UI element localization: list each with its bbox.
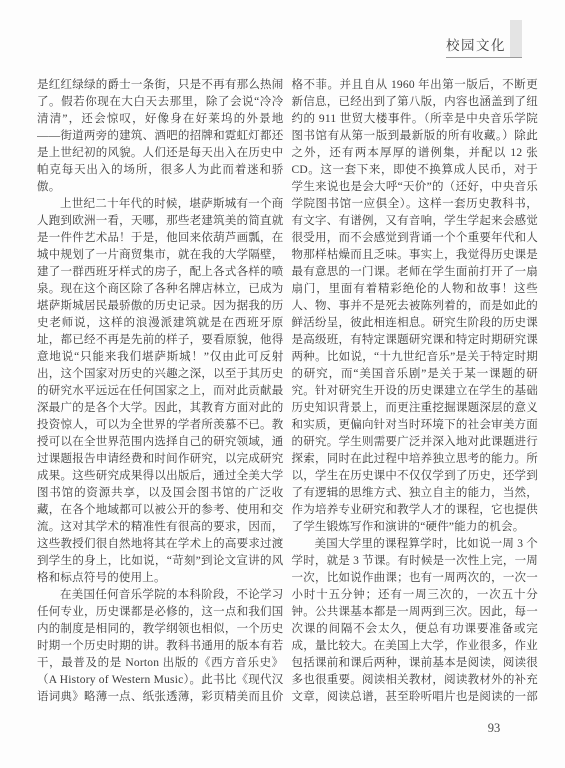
paragraph: 上世纪二十年代的时候，堪萨斯城有一个商人跑到欧洲一看，天哪，那些老建筑美的简直就… <box>37 196 284 587</box>
page-number: 93 <box>476 721 512 736</box>
header-accent-block <box>510 20 522 57</box>
running-head: 校园文化 <box>446 20 522 58</box>
scanned-page: 校园文化 是红红绿绿的爵士一条街，只是不再有那么热闹了。假若你现在大白天去那里，… <box>0 0 565 768</box>
paragraph: 是红红绿绿的爵士一条街，只是不再有那么热闹了。假若你现在大白天去那里，除了会说“… <box>37 77 284 196</box>
article-body: 是红红绿绿的爵士一条街，只是不再有那么热闹了。假若你现在大白天去那里，除了会说“… <box>37 77 538 708</box>
section-title: 校园文化 <box>446 39 506 58</box>
